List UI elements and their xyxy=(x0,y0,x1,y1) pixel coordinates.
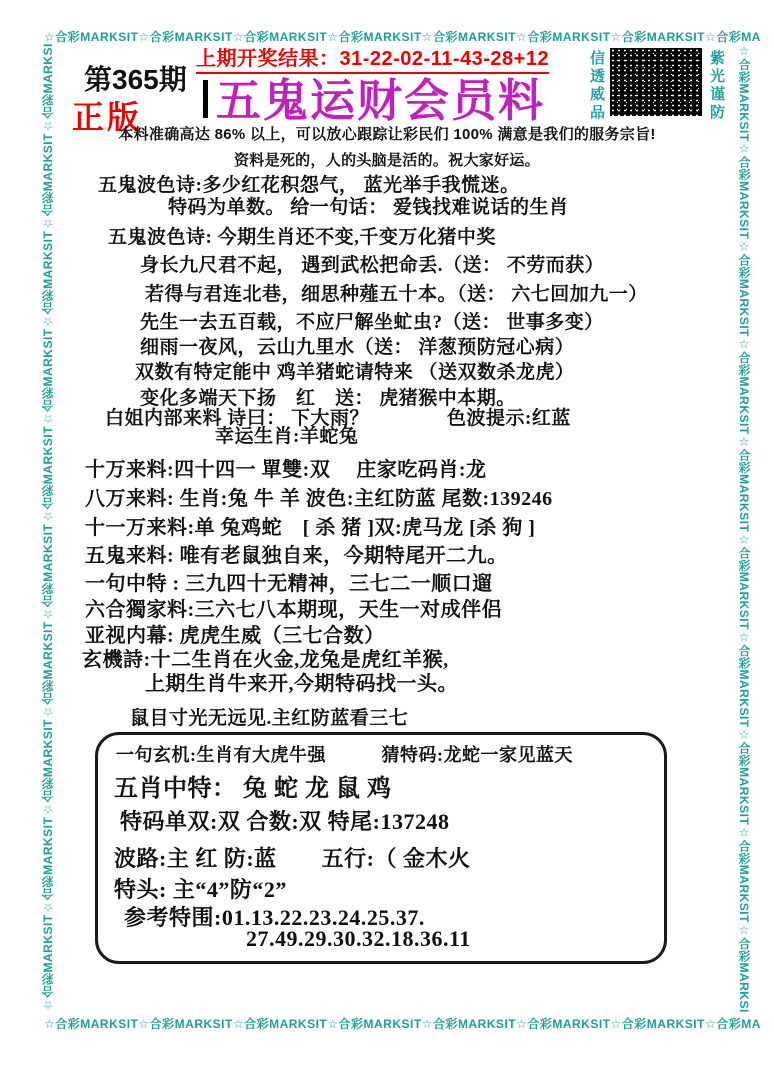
qr-stamp-image xyxy=(610,48,702,116)
title-bar-mark xyxy=(203,80,208,118)
prediction-summary-box: 一句玄机:生肖有大虎牛强 猜特码:龙蛇一家见蓝天 五肖中特： 兔 蛇 龙 鼠 鸡… xyxy=(95,732,667,964)
box-line-reference-numbers-2: 27.49.29.30.32.18.36.11 xyxy=(246,926,471,952)
body-line: 上期生肖牛来开,今期特码找一头。 xyxy=(145,667,458,696)
body-line: 十万来料:四十四一 單雙:双 庄家吃码肖:龙 xyxy=(85,453,486,482)
body-line: 五鬼波色诗: 今期生肖还不变,千变万化猪中奖 xyxy=(108,222,496,249)
page-title: 五鬼运财会员料 xyxy=(203,64,545,129)
body-line: 幸运生肖:羊蛇兔 xyxy=(215,421,358,448)
tagline-goodluck: 资料是死的，人的头脑是活的。祝大家好运。 xyxy=(80,149,694,170)
body-line: 身长九尺君不起， 遇到武松把命丢.（送： 不劳而获） xyxy=(140,250,604,277)
stamp-text-left: 信透威品 xyxy=(586,50,607,122)
border-right-marksit: ☆合彩MARKSIT☆合彩MARKSIT☆合彩MARKSIT☆合彩MARKSIT… xyxy=(736,44,753,1012)
body-line: 细雨一夜风，云山九里水（送： 洋葱预防冠心病） xyxy=(140,332,574,359)
tagline-accuracy: 本料准确高达 86% 以上，可以放心跟踪让彩民们 100% 满意是我们的服务宗旨… xyxy=(80,123,694,144)
stamp-text-right: 紫光谨防 xyxy=(706,50,727,122)
page-title-text: 五鬼运财会员料 xyxy=(216,76,545,126)
box-line-special-head: 特头: 主“4”防“2” xyxy=(114,873,287,904)
body-line: 八万来料: 生肖:兔 牛 羊 波色:主红防蓝 尾数:139246 xyxy=(85,482,553,511)
body-line: 鼠目寸光无远见.主红防蓝看三七 xyxy=(130,703,408,730)
body-line: 五鬼来料: 唯有老鼠独自来，今期特尾开二九。 xyxy=(85,539,508,568)
border-bottom-marksit: ☆合彩MARKSIT☆合彩MARKSIT☆合彩MARKSIT☆合彩MARKSIT… xyxy=(44,1015,760,1032)
body-line: 双数有特定能中 鸡羊猪蛇请特来 （送双数杀龙虎） xyxy=(135,357,575,384)
box-line-wave-path: 波路:主 红 防:蓝 五行:（ 金木火 xyxy=(114,842,470,873)
body-line: 若得与君连北巷，细思种薤五十本。（送： 六七回加九一） xyxy=(145,279,648,306)
box-line-five-zodiac: 五肖中特： 兔 蛇 龙 鼠 鸡 xyxy=(114,768,392,803)
body-line: 特码为单数。 给一句话： 爱钱找难说话的生肖 xyxy=(168,192,569,219)
body-line: 十一万来料:单 兔鸡蛇 [ 杀 猪 ]双:虎马龙 [杀 狗 ] xyxy=(85,511,535,540)
box-line-mystery: 一句玄机:生肖有大虎牛强 猜特码:龙蛇一家见蓝天 xyxy=(116,741,573,767)
border-left-marksit: ☆合彩MARKSIT☆合彩MARKSIT☆合彩MARKSIT☆合彩MARKSIT… xyxy=(39,44,56,1012)
leaflet-page: ☆合彩MARKSIT☆合彩MARKSIT☆合彩MARKSIT☆合彩MARKSIT… xyxy=(0,0,774,1083)
body-line: 六合獨家料:三六七八本期现，天生一对成伴侣 xyxy=(85,593,502,622)
box-line-odd-even: 特码单双:双 合数:双 特尾:137248 xyxy=(120,805,449,836)
body-line: 先生一去五百载，不应尸解坐虻虫?（送： 世事多变） xyxy=(140,307,604,334)
body-line: 一句中特 : 三九四十无精神，三七二一顺口遛 xyxy=(85,567,493,596)
